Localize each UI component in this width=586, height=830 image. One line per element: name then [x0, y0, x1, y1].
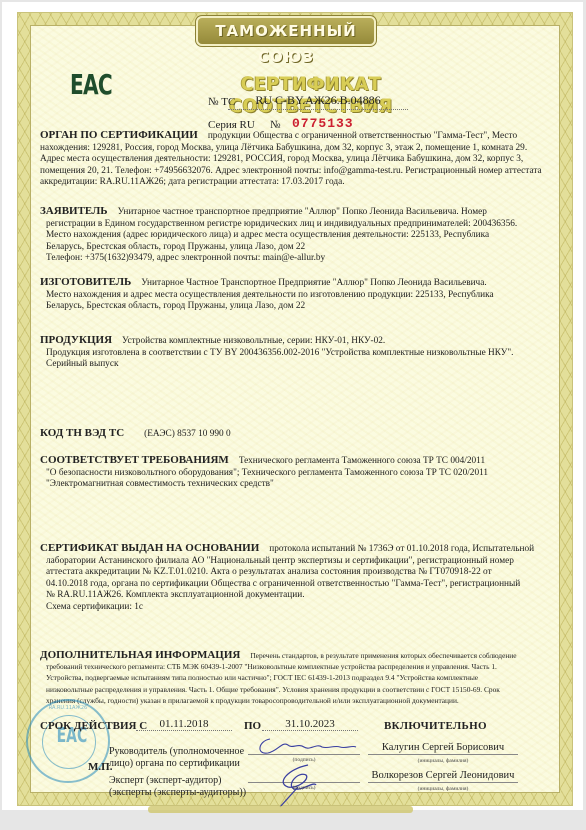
section-line: Устройства комплектные низковольтные, се… — [122, 336, 385, 346]
section-line: "Электромагнитная совместимость техничес… — [40, 479, 552, 491]
section-heading: ИЗГОТОВИТЕЛЬ — [40, 276, 131, 288]
document-page: ТАМОЖЕННЫЙ СОЮЗ ЕАС СЕРТИФИКАТ СООТВЕТСТ… — [2, 2, 583, 810]
validity-to: 31.10.2023 — [262, 718, 358, 731]
head-signatory-label: Руководитель (уполномоченное лицо) орган… — [109, 746, 244, 770]
customs-union-badge: ТАМОЖЕННЫЙ СОЮЗ — [196, 16, 376, 46]
section-heading: ОРГАН ПО СЕРТИФИКАЦИИ — [40, 129, 198, 141]
form-print-imprint — [148, 806, 413, 813]
head-label-line2: лицо) органа по сертификации — [109, 758, 244, 770]
section-line: Схема сертификации: 1с — [40, 602, 552, 614]
section-heading: ПРОДУКЦИЯ — [40, 334, 112, 346]
section-line: Серийный выпуск — [40, 359, 552, 371]
section-line: Продукция изготовлена в соответствии с Т… — [40, 348, 552, 360]
head-signature-icon — [248, 731, 363, 759]
expert-label-line1: Эксперт (эксперт-аудитор) — [109, 775, 246, 787]
section-conforms: СООТВЕТСТВУЕТ ТРЕБОВАНИЯМТехнического ре… — [40, 455, 552, 491]
section-line: № RA.RU.11АЖ26. Комплекта эксплуатационн… — [40, 590, 552, 602]
section-line: требований технического регламента: СТБ … — [40, 661, 552, 672]
section-line: Технического регламента Таможенного союз… — [239, 456, 485, 466]
section-line: Унитарное Частное Транспортное Предприят… — [141, 278, 486, 288]
section-line: Перечень стандартов, в результате примен… — [250, 651, 516, 660]
head-label-line1: Руководитель (уполномоченное — [109, 746, 244, 758]
section-manufacturer: ИЗГОТОВИТЕЛЬУнитарное Частное Транспортн… — [40, 277, 552, 313]
section-heading: ДОПОЛНИТЕЛЬНАЯ ИНФОРМАЦИЯ — [40, 649, 240, 661]
section-line: Место нахождения (адрес юридического лиц… — [40, 230, 552, 242]
expert-signatory-label: Эксперт (эксперт-аудитор) (эксперты (экс… — [109, 775, 246, 799]
section-line: 04.10.2018 года, органа по сертификации … — [40, 579, 552, 591]
section-line: "О безопасности низковольтного оборудова… — [40, 468, 552, 480]
validity-from: 01.11.2018 — [136, 718, 232, 731]
section-applicant: ЗАЯВИТЕЛЬУнитарное частное транспортное … — [40, 206, 552, 265]
section-issued-basis: СЕРТИФИКАТ ВЫДАН НА ОСНОВАНИИпротокола и… — [40, 543, 552, 614]
section-line: Беларусь, Брестская область, город Пружа… — [40, 242, 552, 254]
series-number: 0775133 — [292, 116, 354, 131]
validity-inclusive: ВКЛЮЧИТЕЛЬНО — [384, 720, 487, 732]
section-line: хранения (службы, годности) указан в при… — [40, 695, 552, 706]
section-line: Унитарное частное транспортное предприят… — [118, 207, 487, 217]
tn-ved-code: (ЕАЭС) 8537 10 990 0 — [144, 429, 230, 439]
stamp-text: RA.RU.11АЖ26 — [28, 705, 108, 711]
section-heading: ЗАЯВИТЕЛЬ — [40, 205, 108, 217]
section-heading: СЕРТИФИКАТ ВЫДАН НА ОСНОВАНИИ — [40, 542, 259, 554]
validity-label: СРОК ДЕЙСТВИЯ С — [40, 720, 147, 732]
section-heading: СООТВЕТСТВУЕТ ТРЕБОВАНИЯМ — [40, 454, 229, 466]
section-line: Беларусь, Брестская область, город Пружа… — [40, 301, 552, 313]
section-tn-ved: КОД ТН ВЭД ТС(ЕАЭС) 8537 10 990 0 — [40, 428, 552, 441]
section-additional-info: ДОПОЛНИТЕЛЬНАЯ ИНФОРМАЦИЯПеречень станда… — [40, 650, 552, 706]
expert-name-caption: (инициалы, фамилия) — [368, 786, 518, 792]
tc-number: RU C-BY.АЖ26.В.04886 — [228, 93, 408, 110]
expert-name: Волкорезов Сергей Леонидович — [368, 770, 518, 783]
section-line: Телефон: +375(1632)93479, адрес электрон… — [40, 253, 552, 265]
tc-number-row: № ТС RU C-BY.АЖ26.В.04886 — [208, 96, 235, 108]
section-line: Устройства, подвергаемые испытаниям типа… — [40, 672, 552, 683]
section-line: регистрации в Едином государственном рег… — [40, 219, 552, 231]
section-line: лаборатории Астанинского филиала АО "Нац… — [40, 556, 552, 568]
section-line: Место нахождения и адрес места осуществл… — [40, 290, 552, 302]
section-heading: КОД ТН ВЭД ТС — [40, 427, 124, 439]
head-name-caption: (инициалы, фамилия) — [368, 758, 518, 764]
section-line: аттестата аккредитации № KZ.T.01.0210. А… — [40, 567, 552, 579]
section-product: ПРОДУКЦИЯУстройства комплектные низковол… — [40, 335, 552, 371]
head-name: Калугин Сергей Борисович — [368, 742, 518, 755]
expert-label-line2: (эксперты (эксперты-аудиторы)) — [109, 787, 246, 799]
eac-logo-icon: ЕАС — [70, 68, 112, 101]
section-line: протокола испытаний № 1736Э от 01.10.201… — [269, 544, 534, 554]
certificate: ТАМОЖЕННЫЙ СОЮЗ ЕАС СЕРТИФИКАТ СООТВЕТСТ… — [17, 12, 573, 806]
expert-signature-caption: (подпись) — [284, 785, 324, 791]
section-line: низковольтные распределения и управления… — [40, 684, 552, 695]
section-certification-body: ОРГАН ПО СЕРТИФИКАЦИИпродукции Общества … — [40, 130, 552, 189]
